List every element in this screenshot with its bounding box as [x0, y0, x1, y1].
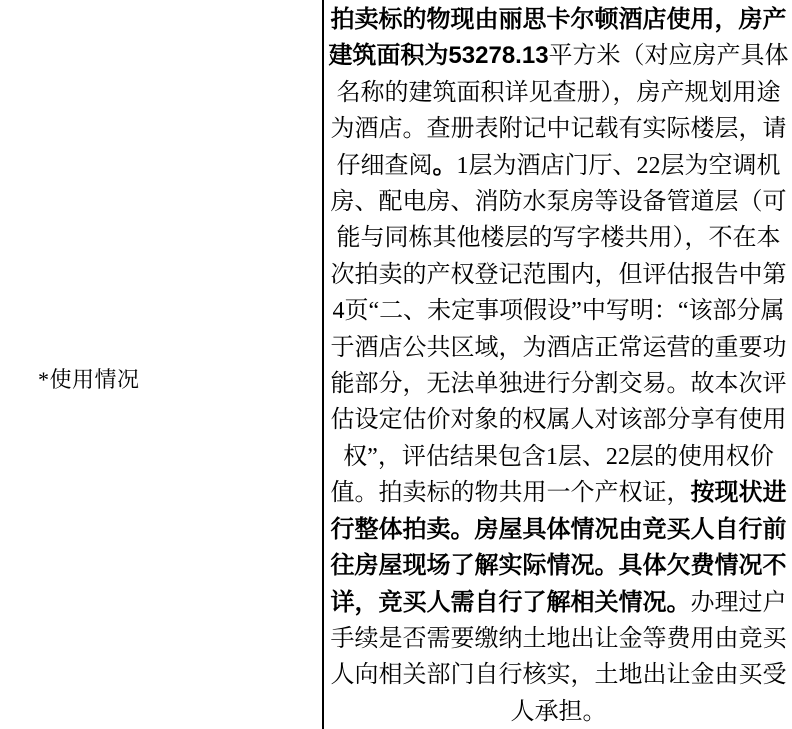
usage-content-cell: 拍卖标的物现由丽思卡尔顿酒店使用，房产建筑面积为53278.13平方米（对应房产… [324, 0, 792, 729]
usage-text: 拍卖标的物现由丽思卡尔顿酒店使用，房产建筑面积为53278.13平方米（对应房产… [327, 2, 790, 729]
usage-label: *使用情况 [38, 363, 140, 394]
usage-label-cell: *使用情况 [0, 0, 322, 729]
usage-text-segment: 1层为酒店门厅、22层为空调机房、配电房、消防水泵房等设备管道层（可能与同栋其他… [331, 153, 787, 507]
usage-table-row: *使用情况 拍卖标的物现由丽思卡尔顿酒店使用，房产建筑面积为53278.13平方… [0, 0, 792, 729]
usage-text-segment-bold: 。 [433, 152, 457, 179]
